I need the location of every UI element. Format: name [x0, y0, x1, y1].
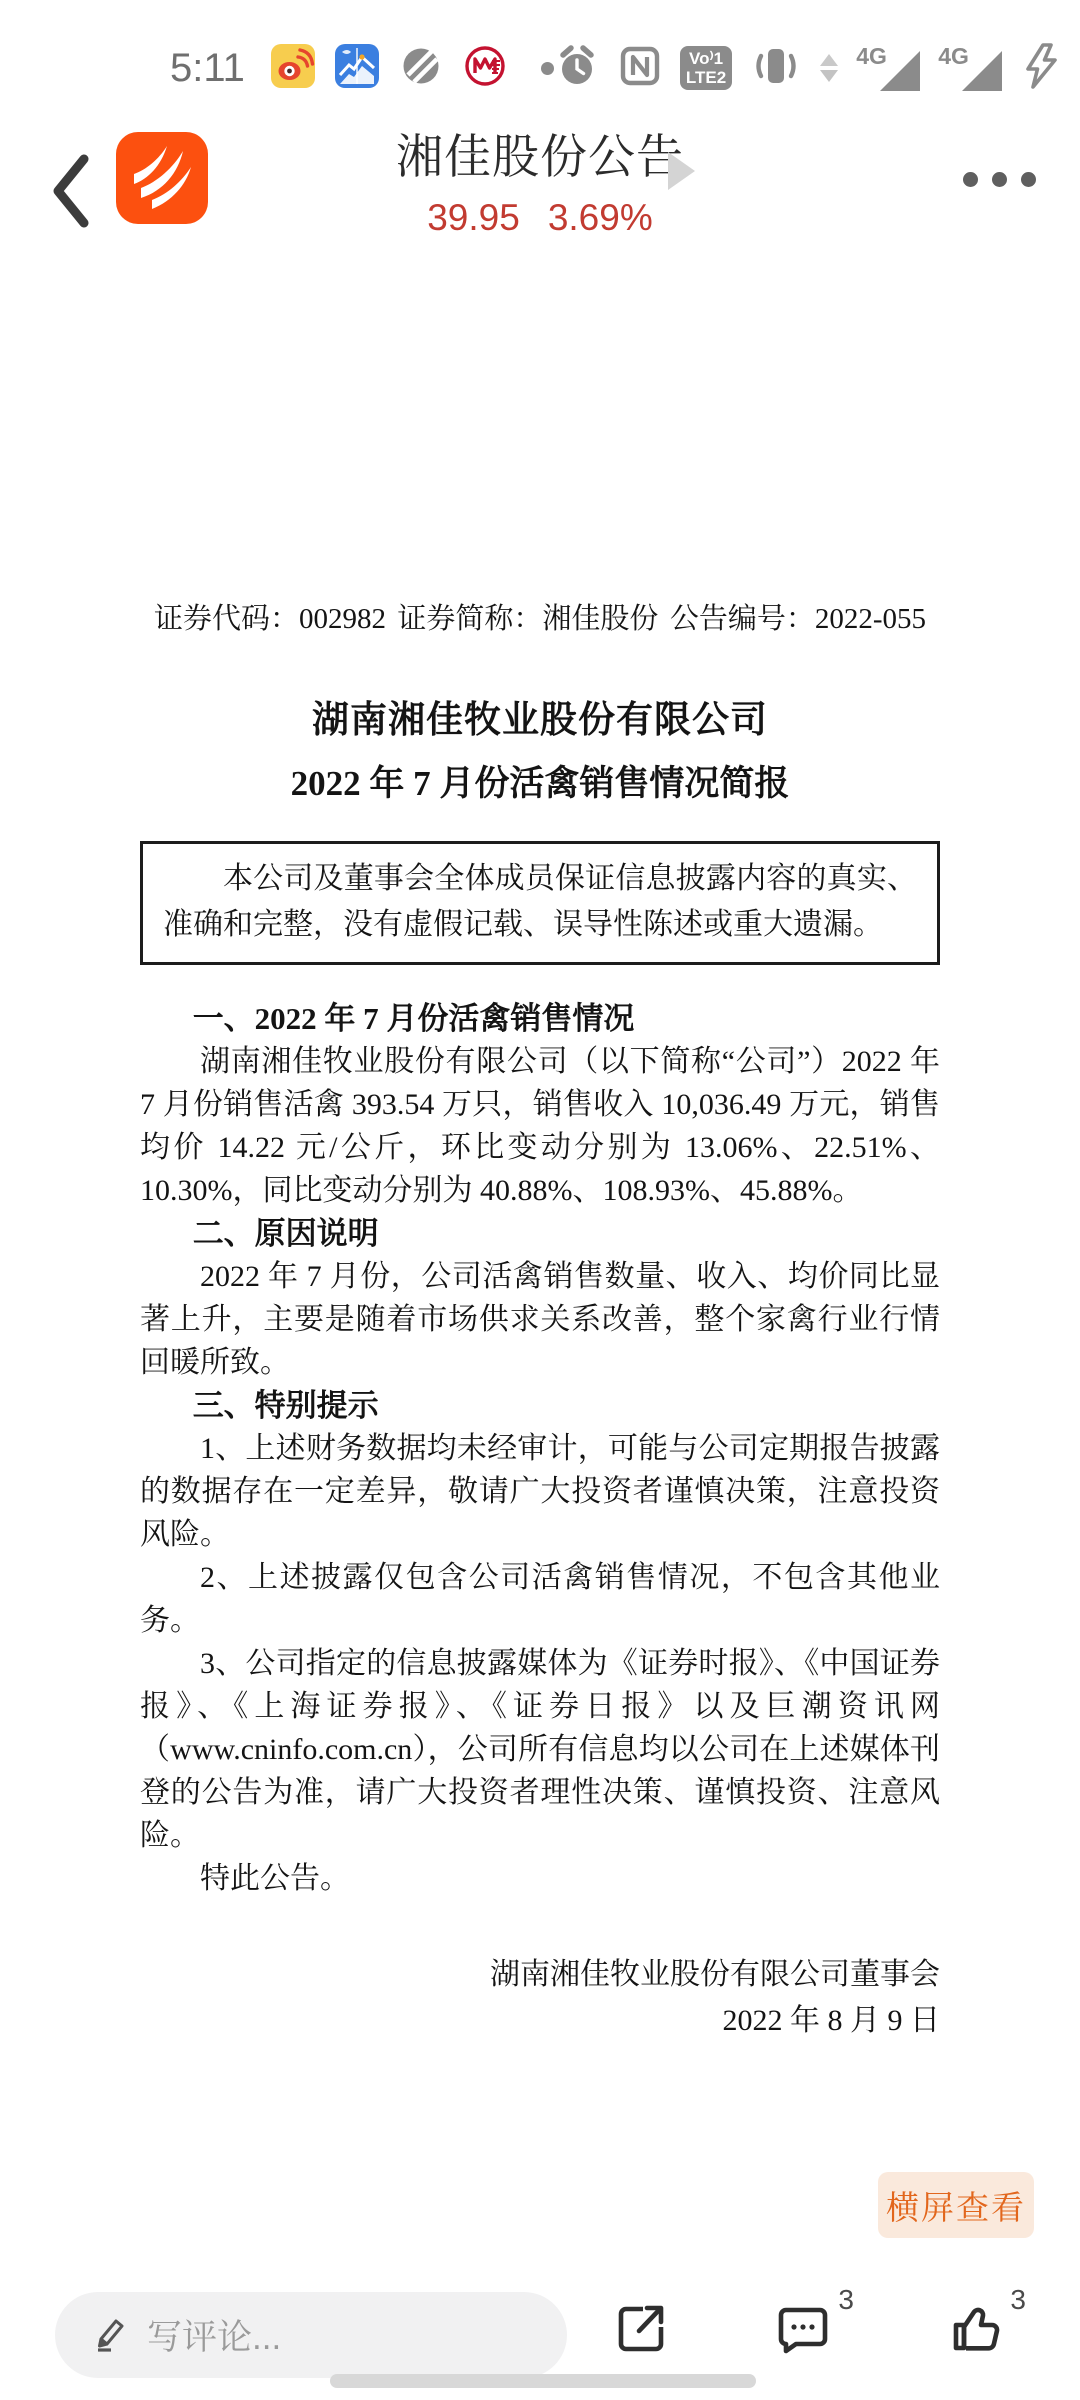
section-3-paragraph-3: 3、公司指定的信息披露媒体为《证券时报》、《中国证券报》、《上海证券报》、《证券…: [140, 1642, 940, 1857]
volte-line1: Vo⁾1: [686, 49, 726, 68]
clock-time: 5:11: [170, 46, 245, 91]
dot: [992, 172, 1007, 187]
signature-company: 湖南湘佳牧业股份有限公司董事会: [140, 1952, 940, 1998]
security-code: 证券代码：002982: [154, 598, 386, 641]
bottom-action-bar: 写评论... 3 3: [0, 2290, 1080, 2386]
page-title: 湘佳股份公告: [240, 120, 840, 187]
comments-button[interactable]: 3: [772, 2298, 834, 2363]
dot: [1021, 172, 1036, 187]
vibrate-icon: [750, 43, 802, 94]
stock-quote[interactable]: 39.95 3.69%: [240, 197, 840, 239]
security-name: 证券简称：湘佳股份: [397, 598, 658, 641]
more-options-button[interactable]: [963, 172, 1036, 187]
home-indicator-bar[interactable]: [330, 2374, 756, 2388]
volte-line2: LTE2: [686, 68, 726, 87]
closing-line: 特此公告。: [140, 1857, 940, 1900]
landscape-view-button[interactable]: 横屏查看: [878, 2172, 1034, 2238]
back-button[interactable]: [48, 152, 92, 232]
stock-chart-app-icon: [335, 44, 379, 93]
status-bar-system-icons: Vo⁾1 LTE2 4G 4G: [554, 41, 1062, 96]
weibo-icon: [271, 44, 315, 93]
announcement-number: 公告编号：2022-055: [670, 598, 926, 641]
flash-power-icon: [1020, 41, 1062, 96]
dot: [963, 172, 978, 187]
document-scroll-area[interactable]: 证券代码：002982 证券简称：湘佳股份 公告编号：2022-055 湖南湘佳…: [140, 598, 940, 2044]
notification-dot: [541, 62, 554, 75]
document-body: 一、2022 年 7 月份活禽销售情况 湖南湘佳牧业股份有限公司（以下简称“公司…: [140, 997, 940, 1900]
section-1-heading: 一、2022 年 7 月份活禽销售情况: [140, 997, 940, 1040]
section-3-paragraph-2: 2、上述披露仅包含公司活禽销售情况，不包含其他业务。: [140, 1556, 940, 1642]
header: 湘佳股份公告 39.95 3.69%: [0, 120, 1080, 260]
signal-4g-icon-1: 4G: [856, 45, 920, 91]
like-button[interactable]: 3: [944, 2298, 1006, 2363]
comment-placeholder: 写评论...: [147, 2310, 281, 2360]
eastmoney-logo[interactable]: [116, 132, 208, 224]
data-transfer-arrows-icon: [820, 54, 838, 82]
stock-price: 39.95: [427, 197, 520, 239]
status-bar-app-icons: [271, 44, 554, 93]
section-3-heading: 三、特别提示: [140, 1384, 940, 1427]
volte-badge: Vo⁾1 LTE2: [680, 46, 732, 90]
stock-change-percent: 3.69%: [548, 197, 653, 239]
document-meta-row: 证券代码：002982 证券简称：湘佳股份 公告编号：2022-055: [140, 598, 940, 641]
cmb-bank-icon: [463, 44, 507, 93]
section-2-paragraph: 2022 年 7 月份，公司活禽销售数量、收入、均价同比显著上升，主要是随着市场…: [140, 1255, 940, 1384]
company-title: 湖南湘佳牧业股份有限公司: [140, 699, 940, 742]
nfc-icon: [618, 44, 662, 93]
comment-count-badge: 3: [838, 2284, 854, 2316]
alarm-icon: [554, 43, 600, 94]
section-1-paragraph: 湖南湘佳牧业股份有限公司（以下简称“公司”）2022 年 7 月份销售活禽 39…: [140, 1040, 940, 1212]
section-3-paragraph-1: 1、上述财务数据均未经审计，可能与公司定期报告披露的数据存在一定差异，敬请广大投…: [140, 1427, 940, 1556]
like-count-badge: 3: [1010, 2284, 1026, 2316]
disclaimer-box: 本公司及董事会全体成员保证信息披露内容的真实、准确和完整，没有虚假记载、误导性陈…: [140, 841, 940, 965]
pencil-icon: [91, 2315, 129, 2356]
header-title-block: 湘佳股份公告 39.95 3.69%: [240, 120, 840, 239]
comment-input[interactable]: 写评论...: [55, 2292, 567, 2378]
signal-4g-icon-2: 4G: [938, 45, 1002, 91]
share-button[interactable]: [610, 2298, 672, 2363]
signature-date: 2022 年 8 月 9 日: [140, 1998, 940, 2044]
section-2-heading: 二、原因说明: [140, 1212, 940, 1255]
signature-block: 湖南湘佳牧业股份有限公司董事会 2022 年 8 月 9 日: [140, 1952, 940, 2044]
play-audio-icon[interactable]: [668, 152, 695, 190]
report-title: 2022 年 7 月份活禽销售情况简报: [140, 762, 940, 805]
status-bar: 5:11 Vo⁾1 LTE2: [170, 36, 1022, 100]
striped-circle-app-icon: [399, 44, 443, 93]
